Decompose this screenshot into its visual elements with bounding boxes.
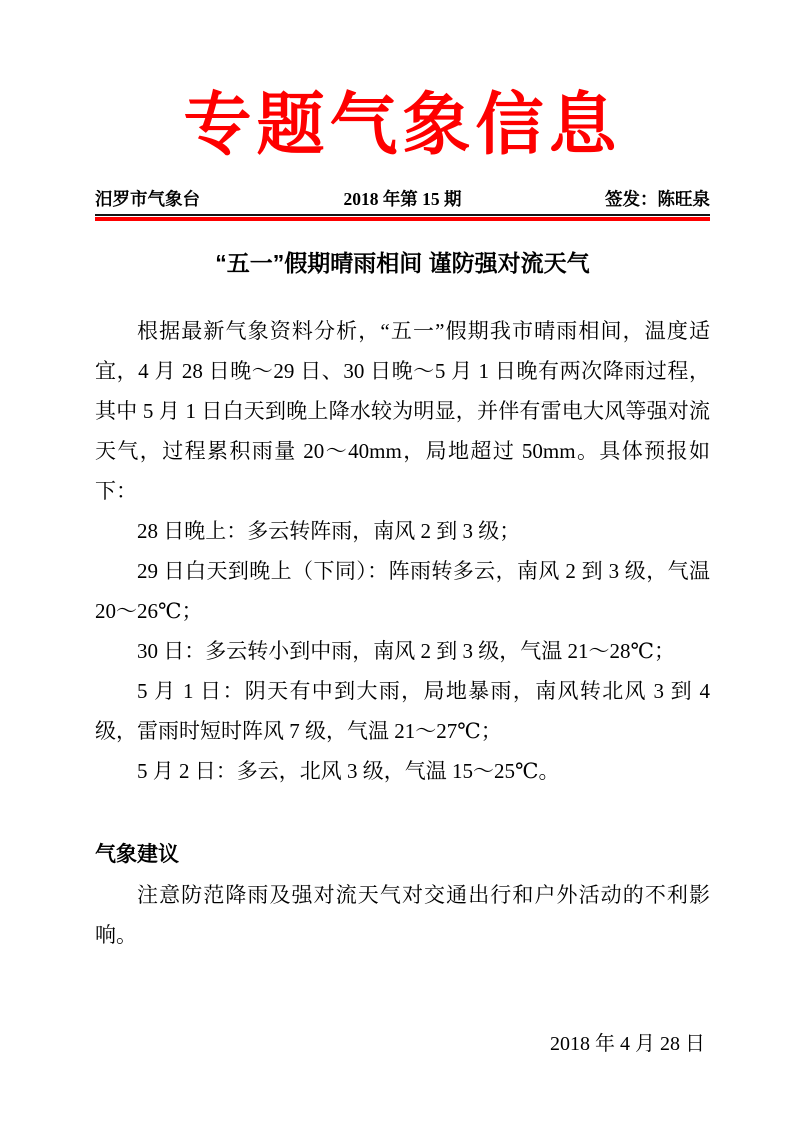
forecast-line: 5 月 2 日：多云，北风 3 级，气温 15～25℃。 <box>95 751 710 791</box>
issue-date: 2018 年 4 月 28 日 <box>95 1031 705 1057</box>
divider-black-line <box>95 214 710 216</box>
header-divider <box>95 214 710 221</box>
advice-text: 注意防范降雨及强对流天气对交通出行和户外活动的不利影响。 <box>95 875 710 955</box>
document-page: 专题气象信息 汨罗市气象台 2018 年第 15 期 签发：陈旺泉 “五一”假期… <box>0 0 793 1122</box>
masthead-title: 专题气象信息 <box>95 86 710 164</box>
issue-info-row: 汨罗市气象台 2018 年第 15 期 签发：陈旺泉 <box>95 186 710 214</box>
forecast-line: 30 日：多云转小到中雨，南风 2 到 3 级，气温 21～28℃； <box>95 631 710 671</box>
forecast-line: 5 月 1 日：阴天有中到大雨，局地暴雨，南风转北风 3 到 4 级，雷雨时短时… <box>95 671 710 751</box>
forecast-body: 根据最新气象资料分析，“五一”假期我市晴雨相间，温度适宜，4 月 28 日晚～2… <box>95 311 710 791</box>
agency-name: 汨罗市气象台 <box>95 186 200 211</box>
divider-red-line <box>95 217 710 221</box>
intro-paragraph: 根据最新气象资料分析，“五一”假期我市晴雨相间，温度适宜，4 月 28 日晚～2… <box>95 311 710 511</box>
advice-heading: 气象建议 <box>95 835 710 875</box>
headline: “五一”假期晴雨相间 谨防强对流天气 <box>95 250 710 278</box>
forecast-line: 29 日白天到晚上（下同）：阵雨转多云，南风 2 到 3 级，气温 20～26℃… <box>95 551 710 631</box>
issue-number: 2018 年第 15 期 <box>343 186 461 211</box>
signer-name: 签发：陈旺泉 <box>605 186 710 211</box>
forecast-line: 28 日晚上：多云转阵雨，南风 2 到 3 级； <box>95 511 710 551</box>
